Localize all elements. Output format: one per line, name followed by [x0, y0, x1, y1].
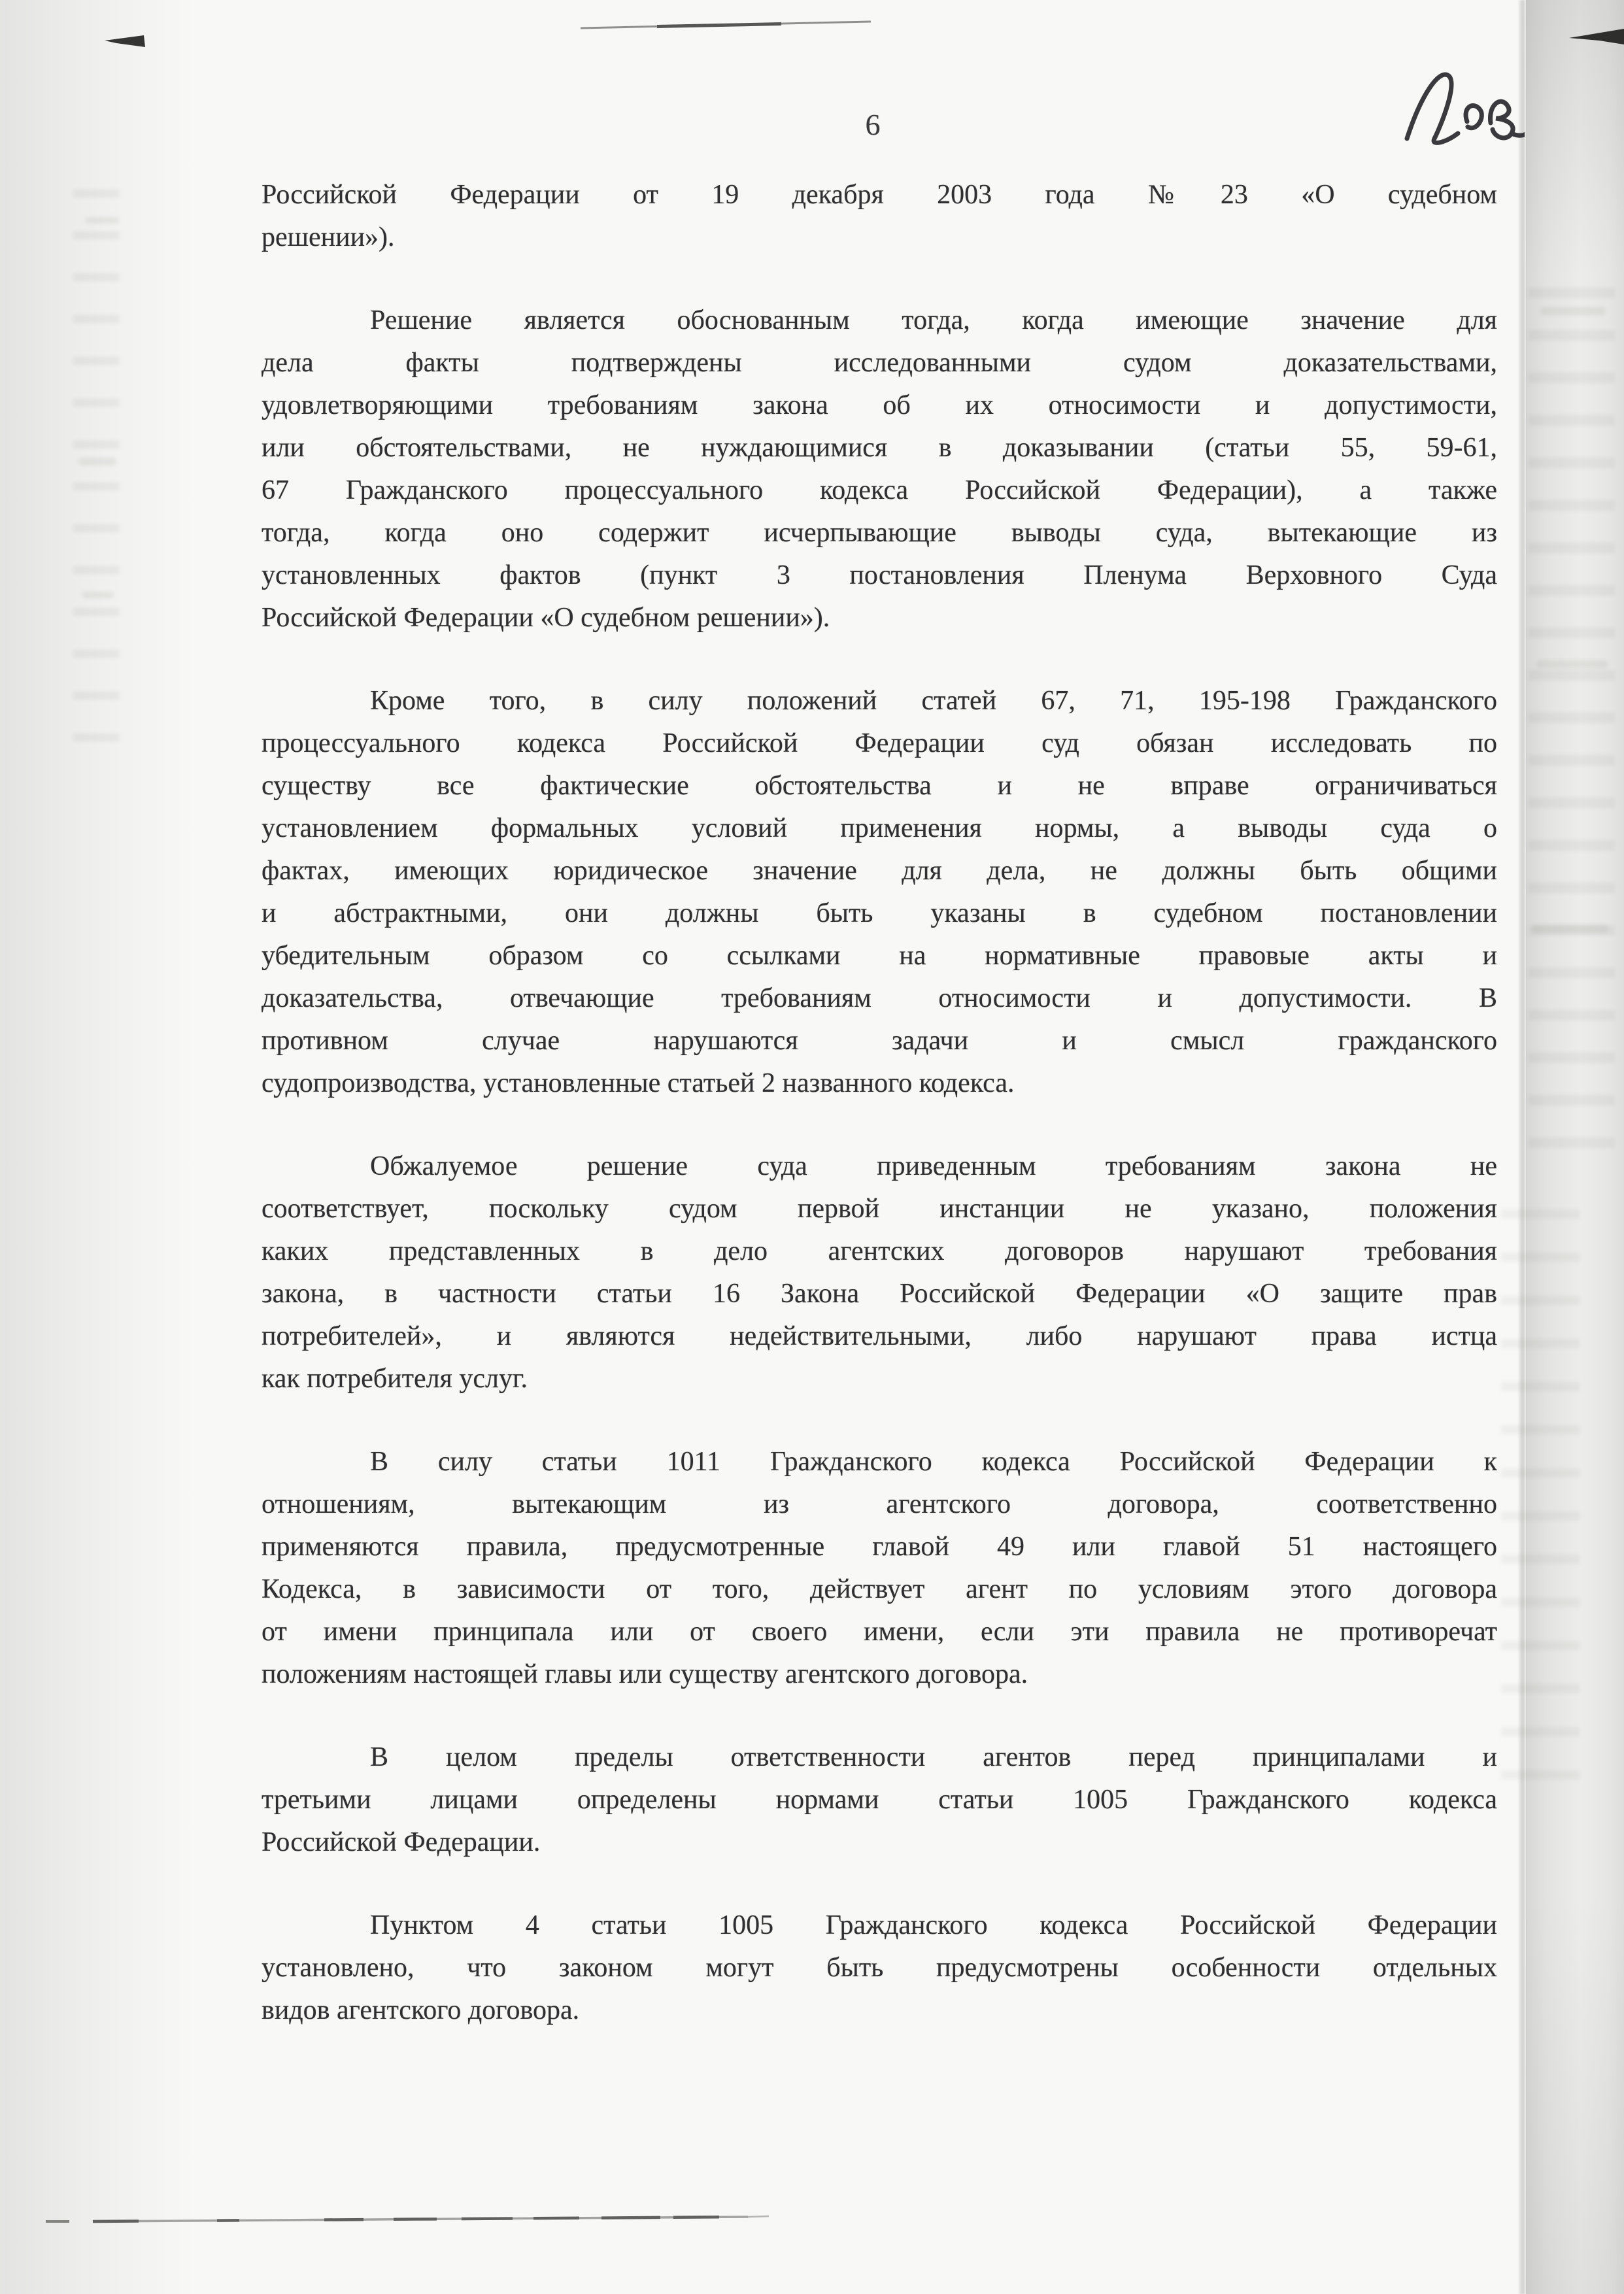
bleed-smudge: [1532, 925, 1608, 933]
bleed-smudge: [1540, 307, 1606, 315]
bleed-smudge: [78, 458, 116, 465]
text-line: Кодекса, в зависимости от того, действуе…: [262, 1568, 1497, 1611]
bleed-through-text-left: [73, 190, 119, 765]
text-line: удовлетворяющими требованиям закона об и…: [262, 384, 1497, 427]
bleed-smudge: [85, 217, 119, 224]
text-line: убедительным образом со ссылками на норм…: [262, 935, 1497, 977]
corner-fold-mark-right-icon: [1569, 24, 1624, 53]
document-body: Российской Федерации от 19 декабря 2003 …: [262, 174, 1497, 2032]
text-line: установлением формальных условий примене…: [262, 807, 1497, 850]
text-line: и абстрактными, они должны быть указаны …: [262, 892, 1497, 935]
text-line: соответствует, поскольку судом первой ин…: [262, 1188, 1497, 1230]
text-line: Решение является обоснованным тогда, ког…: [262, 299, 1497, 342]
text-line: дела факты подтверждены исследованными с…: [262, 342, 1497, 384]
text-line: фактах, имеющих юридическое значение для…: [262, 850, 1497, 892]
text-line: каких представленных в дело агентских до…: [262, 1230, 1497, 1273]
text-line: Российской Федерации.: [262, 1821, 1497, 1864]
paragraph: В целом пределы ответственности агентов …: [262, 1736, 1497, 1864]
page-number: 6: [853, 107, 892, 142]
text-line: закона, в частности статьи 16 Закона Рос…: [262, 1273, 1497, 1315]
scan-line-artifact-bottom: [38, 2208, 770, 2234]
text-line: судопроизводства, установленные статьей …: [262, 1062, 1497, 1105]
text-line: установленных фактов (пункт 3 постановле…: [262, 554, 1497, 597]
text-line: противном случае нарушаются задачи и смы…: [262, 1020, 1497, 1062]
bleed-smudge: [82, 592, 114, 598]
text-line: применяются правила, предусмотренные гла…: [262, 1526, 1497, 1568]
text-line: Российской Федерации от 19 декабря 2003 …: [262, 174, 1497, 216]
text-line: Российской Федерации «О судебном решении…: [262, 597, 1497, 639]
binding-shadow-band: [1526, 0, 1624, 2294]
text-line: или обстоятельствами, не нуждающимися в …: [262, 427, 1497, 469]
text-line: существу все фактические обстоятельства …: [262, 765, 1497, 807]
text-line: установлено, что законом могут быть пред…: [262, 1947, 1497, 1989]
text-line: Пунктом 4 статьи 1005 Гражданского кодек…: [262, 1904, 1497, 1947]
text-line: 67 Гражданского процессуального кодекса …: [262, 469, 1497, 512]
text-line: отношениям, вытекающим из агентского дог…: [262, 1483, 1497, 1526]
text-line: видов агентского договора.: [262, 1989, 1497, 2032]
text-line: как потребителя услуг.: [262, 1358, 1497, 1400]
corner-fold-mark-left-icon: [105, 33, 148, 54]
text-line: В целом пределы ответственности агентов …: [262, 1736, 1497, 1779]
text-line: Обжалуемое решение суда приведенным треб…: [262, 1145, 1497, 1188]
paragraph: Пунктом 4 статьи 1005 Гражданского кодек…: [262, 1904, 1497, 2032]
text-line: тогда, когда оно содержит исчерпывающие …: [262, 512, 1497, 554]
scan-line-artifact-top: [575, 16, 883, 39]
scan-edge-shading-left: [0, 0, 196, 2294]
text-line: В силу статьи 1011 Гражданского кодекса …: [262, 1441, 1497, 1483]
text-line: решении»).: [262, 216, 1497, 259]
paragraph: Российской Федерации от 19 декабря 2003 …: [262, 174, 1497, 259]
text-line: доказательства, отвечающие требованиям о…: [262, 977, 1497, 1020]
binding-crease: [1518, 0, 1526, 2294]
text-line: Кроме того, в силу положений статей 67, …: [262, 680, 1497, 722]
paragraph: Решение является обоснованным тогда, ког…: [262, 299, 1497, 639]
scanned-court-document-page: 6 Российской Федерации от 19 декабря 200…: [0, 0, 1624, 2294]
paragraph: Обжалуемое решение суда приведенным треб…: [262, 1145, 1497, 1400]
paragraph: В силу статьи 1011 Гражданского кодекса …: [262, 1441, 1497, 1696]
text-line: положениям настоящей главы или существу …: [262, 1653, 1497, 1696]
text-line: потребителей», и являются недействительн…: [262, 1315, 1497, 1358]
text-line: от имени принципала или от своего имени,…: [262, 1611, 1497, 1653]
text-line: третьими лицами определены нормами стать…: [262, 1779, 1497, 1821]
text-line: процессуального кодекса Российской Федер…: [262, 722, 1497, 765]
handwritten-mark: [1398, 55, 1525, 166]
bleed-smudge: [1536, 660, 1608, 668]
paragraph: Кроме того, в силу положений статей 67, …: [262, 680, 1497, 1105]
